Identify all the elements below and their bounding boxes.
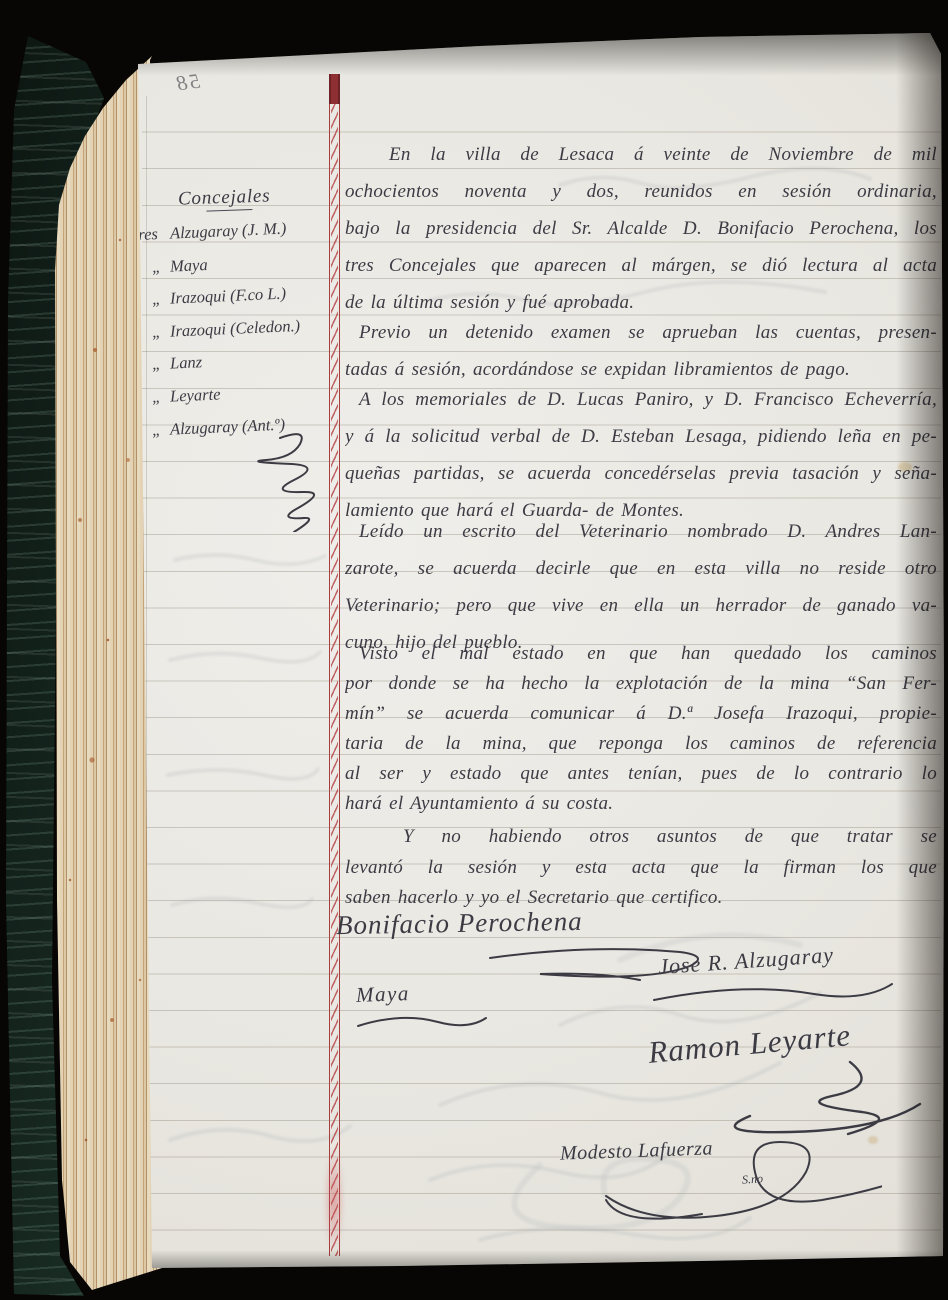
handwritten-line: ochocientos noventa y dos, reunidos en s… xyxy=(345,173,937,210)
signature-rubric-alzugaray xyxy=(648,976,898,1010)
margin-entry-name: Alzugaray (J. M.) xyxy=(170,219,287,243)
paragraph-1: En la villa de Lesaca á veinte de Noviem… xyxy=(345,136,937,321)
handwritten-line: levantó la sesión y esta acta que la fir… xyxy=(345,853,937,884)
handwritten-line: Previo un detenido examen se aprueban la… xyxy=(345,314,937,351)
signature-maya: Maya xyxy=(356,981,411,1008)
handwritten-line: Veterinario; pero que vive en ella un he… xyxy=(345,587,937,624)
margin-rule-top-solid xyxy=(329,74,340,104)
margin-entry-name: Maya xyxy=(170,255,208,276)
paragraph-5: Visto el mal estado en que han quedado l… xyxy=(345,639,937,819)
signature-rubric-secretario xyxy=(582,1126,882,1226)
handwritten-line: Visto el mal estado en que han quedado l… xyxy=(345,639,937,669)
paragraph-6: Y no habiendo otros asuntos de que trata… xyxy=(345,822,937,914)
signature-rubric-maya xyxy=(352,1008,492,1036)
margin-rule-zigzag xyxy=(331,74,338,1256)
handwritten-line: A los memoriales de D. Lucas Paniro, y D… xyxy=(345,381,937,418)
gutter-shadow-bottom xyxy=(140,1250,948,1272)
handwritten-line: Y no habiendo otros asuntos de que trata… xyxy=(345,822,937,853)
handwritten-line: bajo la presidencia del Sr. Alcalde D. B… xyxy=(345,210,937,247)
handwritten-line: hará el Ayuntamiento á su costa. xyxy=(345,789,937,819)
paragraph-2: Previo un detenido examen se aprueban la… xyxy=(345,314,937,388)
paragraph-3: A los memoriales de D. Lucas Paniro, y D… xyxy=(345,381,937,529)
handwritten-line: tres Concejales que aparecen al márgen, … xyxy=(345,247,937,284)
handwritten-line: taria de la mina, que reponga los camino… xyxy=(345,729,937,759)
photo-canvas: 58 Concejales SresAlzugaray (J. M.)„Maya… xyxy=(0,0,948,1300)
margin-rule-smear xyxy=(325,1148,343,1252)
handwritten-line: al ser y estado que antes tenían, pues d… xyxy=(345,759,937,789)
margin-entry-name: Lanz xyxy=(170,353,203,373)
handwritten-line: y á la solicitud verbal de D. Esteban Le… xyxy=(345,418,937,455)
handwritten-line: En la villa de Lesaca á veinte de Noviem… xyxy=(345,136,937,173)
margin-rule-red xyxy=(329,74,340,1256)
handwritten-line: zarote, se acuerda decirle que en esta v… xyxy=(345,550,937,587)
handwritten-line: Leído un escrito del Veterinario nombrad… xyxy=(345,513,937,550)
handwritten-line: mín” se acuerda comunicar á D.ª Josefa I… xyxy=(345,699,937,729)
margin-entry-name: Leyarte xyxy=(170,384,221,405)
handwritten-line: queñas partidas, se acuerda concedérsela… xyxy=(345,455,937,492)
handwritten-line: por donde se ha hecho la explotación de … xyxy=(345,669,937,699)
gutter-shadow-right xyxy=(896,30,948,1266)
margin-entry-name: Irazoqui (F.co L.) xyxy=(170,284,287,308)
margin-rubric xyxy=(218,432,328,532)
gutter-shadow-top xyxy=(130,30,948,76)
